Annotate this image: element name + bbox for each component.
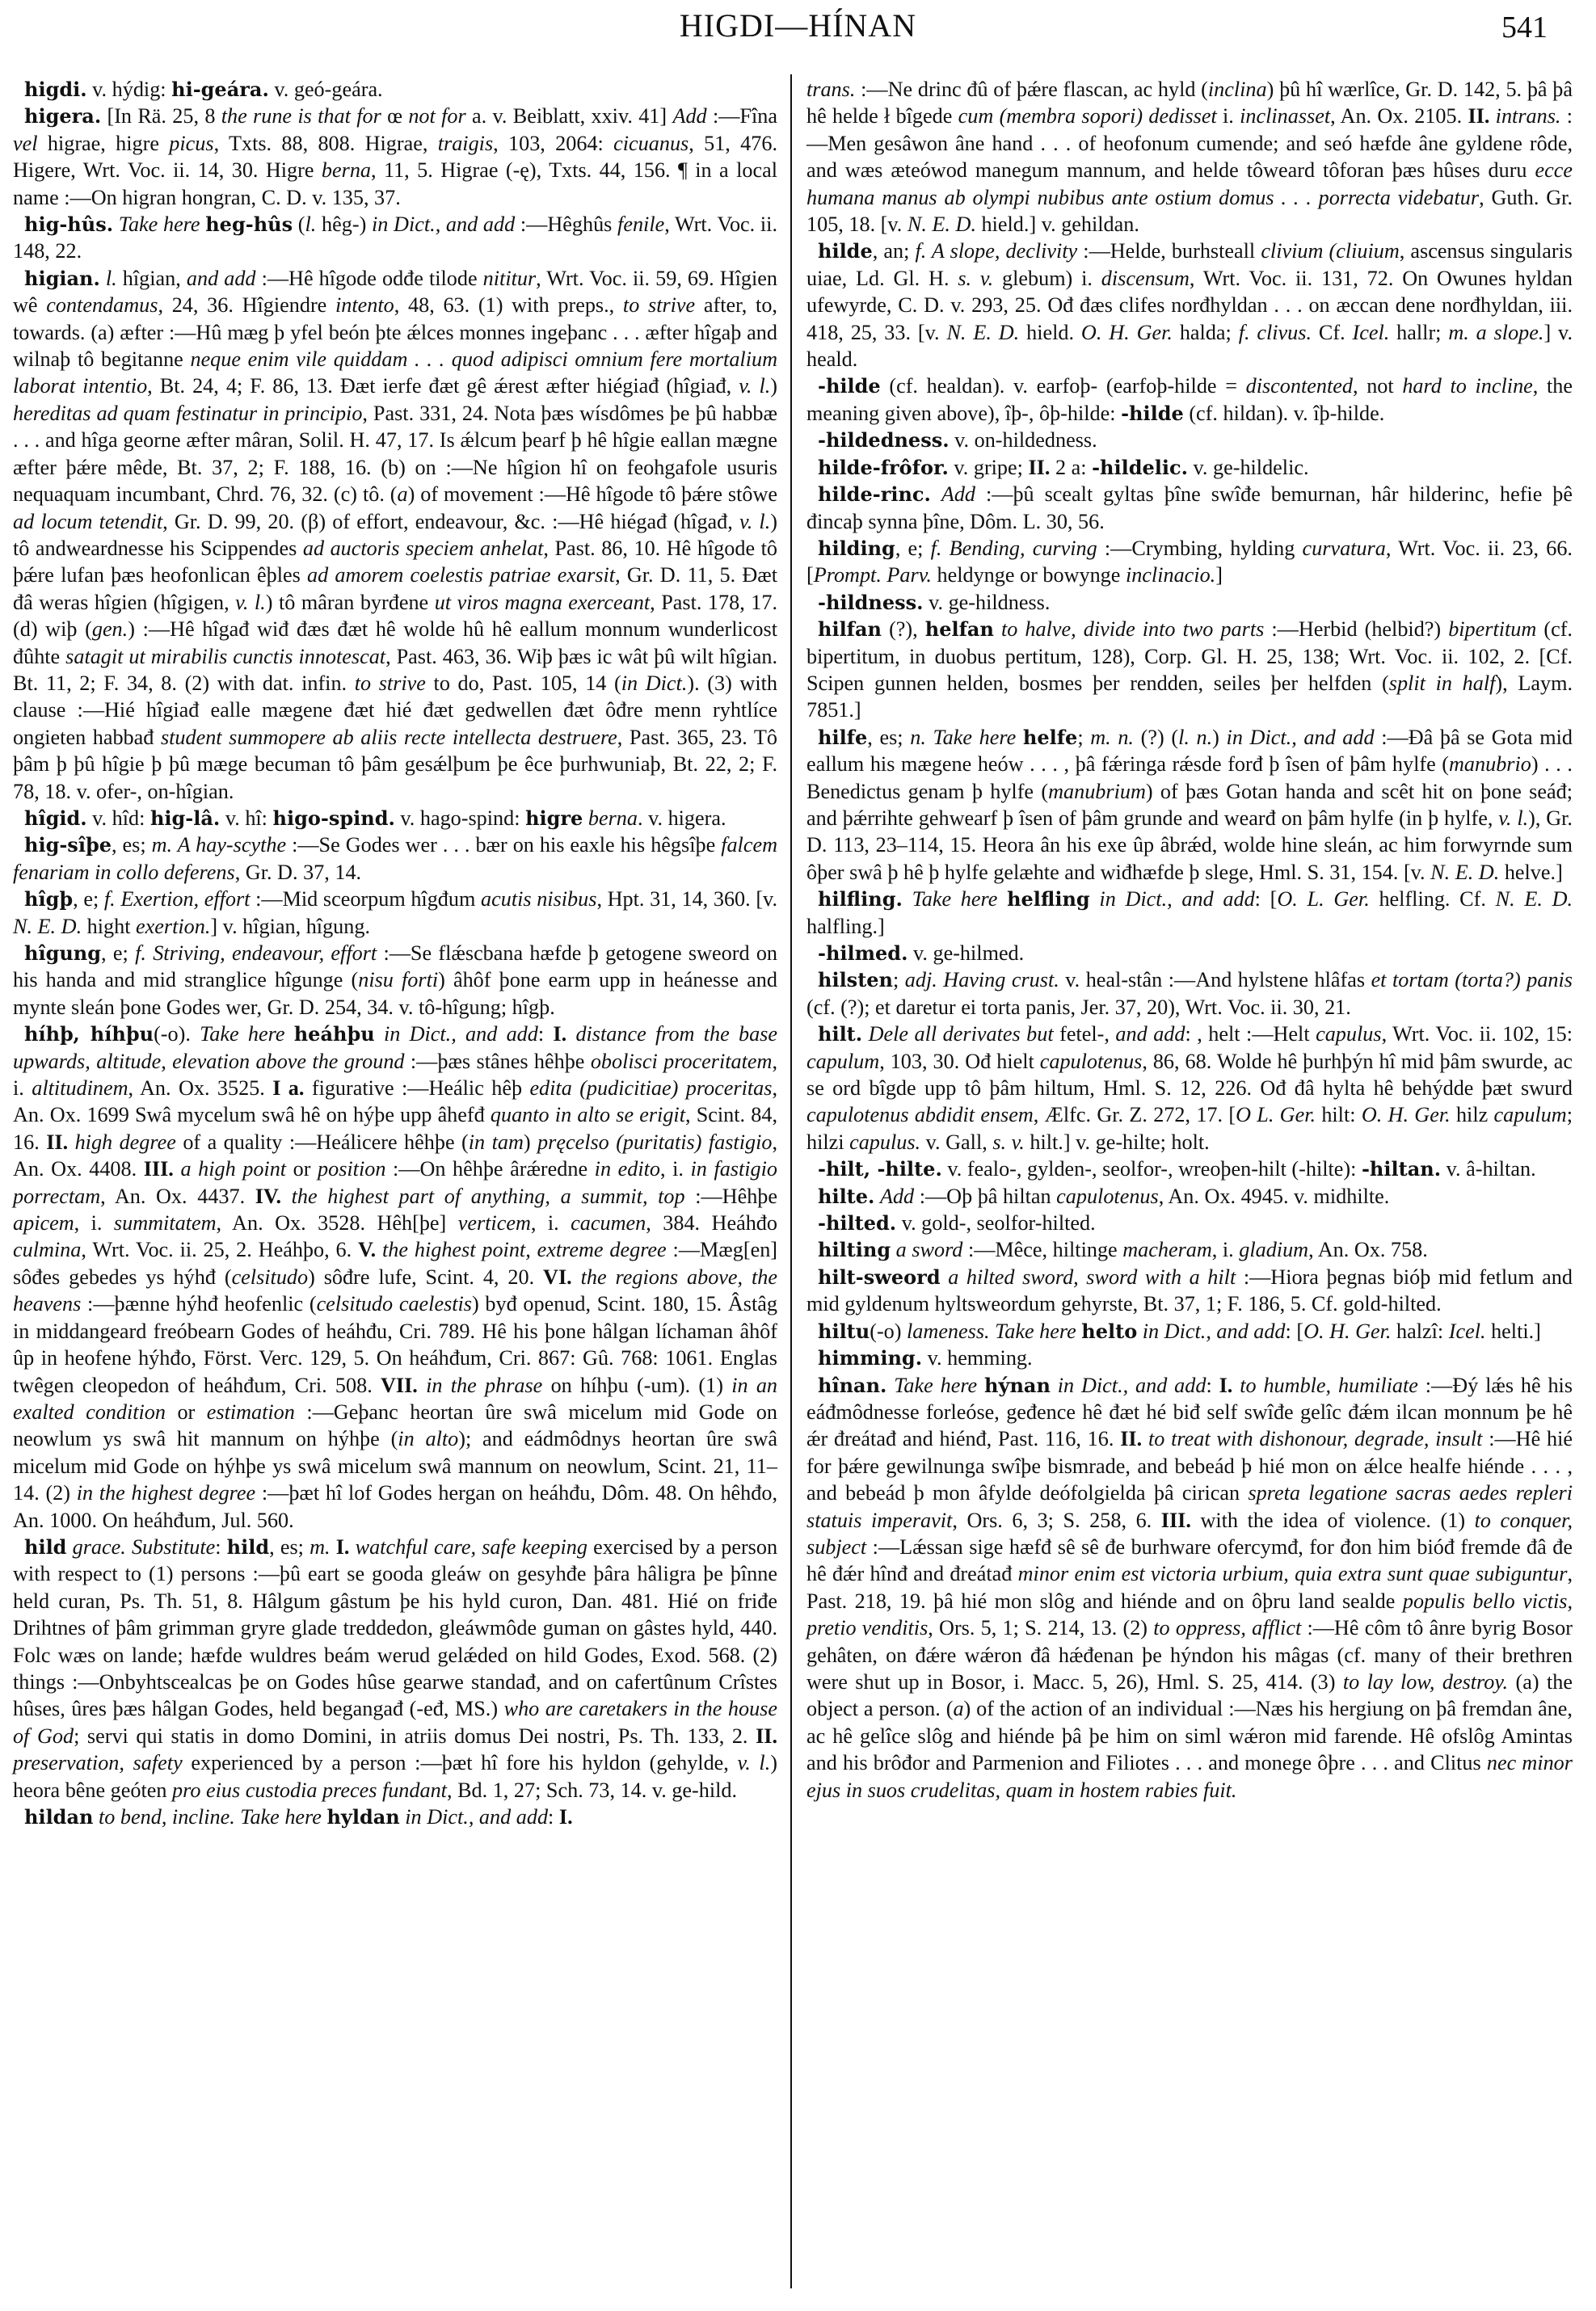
entry-text: (?) ( <box>1134 726 1178 749</box>
dictionary-entry: hilte. Add :—Oþ þâ hiltan capulotenus, A… <box>806 1183 1573 1210</box>
italic-text: in Dict., and add <box>1058 1374 1206 1397</box>
headword: hig-hûs. <box>24 213 113 236</box>
italic-text: adj. Having crust. <box>905 968 1059 991</box>
dictionary-entry: hîgid. v. hîd: hig-lâ. v. hî: higo-spind… <box>13 805 777 831</box>
entry-text: v. hîd: <box>87 806 150 830</box>
entry-text: :—Mêce, hiltinge <box>962 1238 1122 1261</box>
italic-text: in the phrase <box>426 1374 542 1397</box>
headword: -hilted. <box>818 1211 896 1235</box>
entry-text: , i. <box>531 1211 571 1235</box>
entry-text: , An. Ox. 3528. Hêh[þe] <box>217 1211 458 1235</box>
italic-text: in alto <box>398 1427 458 1450</box>
entry-text: i. <box>1217 104 1240 128</box>
headword: -hilde <box>1121 402 1184 425</box>
sense-numeral: V. <box>358 1238 376 1261</box>
italic-text: vel <box>13 132 38 155</box>
headword: -hiltan. <box>1362 1157 1441 1181</box>
italic-text: O L. Ger. <box>1236 1103 1316 1126</box>
entry-text <box>931 482 941 506</box>
entry-text: :—On hêhþe ârǽredne <box>385 1157 594 1181</box>
dictionary-entry: hild grace. Substitute: hild, es; m. I. … <box>13 1534 777 1804</box>
entry-text: v. hemming. <box>922 1346 1033 1370</box>
italic-text: Add <box>672 104 706 128</box>
entry-text <box>1489 104 1495 128</box>
italic-text: et tortam (torta?) panis <box>1371 968 1573 991</box>
entry-text: exercised by a person with respect to (1… <box>13 1535 777 1720</box>
italic-text: v. l. <box>739 510 770 533</box>
column-divider <box>790 74 792 2288</box>
headword: hild <box>24 1535 66 1559</box>
italic-text: the highest point, extreme degree <box>382 1238 667 1261</box>
dictionary-entry: -hildedness. v. on-hildedness. <box>806 427 1573 453</box>
headword: hilte. <box>818 1185 874 1208</box>
italic-text: to treat with dishonour, degrade, insult <box>1148 1427 1482 1450</box>
headword: helfan <box>925 617 994 641</box>
headword: -hildelic. <box>1092 456 1188 479</box>
dictionary-entry: hilfling. Take here helfling in Dict., a… <box>806 886 1573 940</box>
entry-text: v. geó-geára. <box>269 78 383 101</box>
entry-text: ) <box>1212 726 1226 749</box>
italic-text: discensum <box>1101 267 1190 290</box>
italic-text: Take here <box>200 1022 284 1046</box>
italic-text: in the highest degree <box>77 1481 255 1505</box>
headword: hilt-sweord <box>818 1265 941 1289</box>
italic-text: N. E. D. <box>946 321 1019 344</box>
headword: -hildedness. <box>818 428 950 452</box>
italic-text: to bend, incline. Take here <box>99 1805 322 1829</box>
entry-text: :—Herbid (helbid?) <box>1264 617 1448 641</box>
italic-text: edita (pudicitiae) proceritas <box>529 1076 772 1100</box>
sense-numeral: I. <box>1219 1374 1233 1397</box>
entry-text: : [ <box>1255 887 1278 911</box>
entry-text: ] v. hîgian, hîgung. <box>210 915 370 938</box>
dictionary-entry: hilde-frôfor. v. gripe; II. 2 a: -hildel… <box>806 454 1573 481</box>
entry-text <box>566 1022 575 1046</box>
entry-text: :—Crymbing, hylding <box>1097 537 1303 560</box>
italic-text: in Dict. <box>621 671 688 695</box>
italic-text: traigis <box>438 132 493 155</box>
entry-text: hilt.] v. ge-hilte; holt. <box>1025 1130 1210 1154</box>
entry-text: :—þæs stânes hêhþe <box>405 1050 591 1073</box>
italic-text: O. H. Ger. <box>1303 1320 1391 1343</box>
entry-text: : <box>1206 1374 1219 1397</box>
entry-text <box>1142 1427 1148 1450</box>
dictionary-entry: himming. v. hemming. <box>806 1345 1573 1371</box>
sense-numeral: II. <box>1028 456 1050 479</box>
entry-text: :—Hê hîgode odđe tilode <box>256 267 483 290</box>
dictionary-entry: -hilt, -hilte. v. fealo-, gylden-, seolf… <box>806 1155 1573 1182</box>
headword: hilt. <box>818 1022 862 1046</box>
dictionary-entry: hilt-sweord a hilted sword, sword with a… <box>806 1264 1573 1318</box>
italic-text: v. l. <box>739 374 770 398</box>
dictionary-entry: hilting a sword :—Mêce, hiltinge machera… <box>806 1236 1573 1263</box>
headword: híhþ, híhþu <box>24 1022 154 1046</box>
entry-text <box>1232 1374 1240 1397</box>
headword: -hildness. <box>818 591 924 614</box>
italic-text: v. l. <box>235 591 266 614</box>
italic-text: a <box>398 482 408 506</box>
entry-text: hîgian, <box>117 267 187 290</box>
entry-text: (cf. hildan). v. îþ-hilde. <box>1184 402 1384 425</box>
entry-text <box>994 617 1001 641</box>
entry-text: , i. <box>74 1211 114 1235</box>
entry-text: : <box>548 1805 559 1829</box>
entry-text: , 103, 30. Ođ hielt <box>879 1050 1040 1073</box>
italic-text: macheram <box>1122 1238 1212 1261</box>
dictionary-entry: híhþ, híhþu(-o). Take here heáhþu in Dic… <box>13 1021 777 1534</box>
headword: hilfling. <box>818 887 903 911</box>
italic-text: summitatem <box>114 1211 217 1235</box>
entry-text: hield.] v. gehildan. <box>976 213 1139 236</box>
headword: higera. <box>24 104 101 128</box>
entry-text: hêg-) <box>316 213 372 236</box>
italic-text: grace. Substitute <box>73 1535 216 1559</box>
entry-text: halfling.] <box>806 915 885 938</box>
running-title: HIGDI—HÍNAN <box>0 6 1596 44</box>
entry-text: , an; <box>873 239 916 263</box>
italic-text: gladium <box>1239 1238 1308 1261</box>
entry-text: hight <box>82 915 136 938</box>
italic-text: cacumen <box>571 1211 646 1235</box>
headword: heáhþu <box>294 1022 375 1046</box>
entry-text: halzî: <box>1391 1320 1448 1343</box>
italic-text: N. E. D. <box>907 213 976 236</box>
entry-text: v. â-hiltan. <box>1441 1157 1536 1181</box>
entry-text: v. ge-hilmed. <box>907 941 1024 965</box>
italic-text: capulus <box>1316 1022 1381 1046</box>
entry-text: v. on-hildedness. <box>950 428 1097 452</box>
italic-text: watchful care, safe keeping <box>356 1535 587 1559</box>
entry-text: , e; <box>895 537 931 560</box>
entry-text: v. hî: <box>220 806 272 830</box>
italic-text: capulotenus abdidit ensem <box>806 1103 1034 1126</box>
italic-text: l. n. <box>1178 726 1212 749</box>
headword: hiltu <box>818 1320 870 1343</box>
sense-numeral: II. <box>1468 104 1489 128</box>
italic-text: N. E. D. <box>1496 887 1573 911</box>
entry-text: ) tô mâran byrđene <box>266 591 435 614</box>
entry-text <box>418 1374 426 1397</box>
headword: hîgung <box>24 941 101 965</box>
entry-text <box>349 1535 355 1559</box>
italic-text: inclina <box>1208 78 1267 101</box>
entry-text: v. Gall, <box>920 1130 992 1154</box>
entry-text: hilz <box>1451 1103 1494 1126</box>
italic-text: in tam <box>469 1130 524 1154</box>
italic-text: the rune is that for <box>221 104 381 128</box>
italic-text: nititur <box>483 267 536 290</box>
entry-text <box>862 1022 869 1046</box>
italic-text: obolisci proceritatem <box>591 1050 773 1073</box>
entry-text: , Ors. 5, 1; S. 214, 13. (2) <box>928 1616 1153 1640</box>
entry-text <box>376 1238 382 1261</box>
italic-text: gen. <box>92 617 128 641</box>
italic-text: estimation <box>207 1400 295 1424</box>
entry-text <box>977 1374 984 1397</box>
entry-text: helfling. Cf. <box>1370 887 1496 911</box>
italic-text: f. Striving, endeavour, effort <box>135 941 377 965</box>
italic-text: O. H. Ger. <box>1081 321 1173 344</box>
dictionary-entry: hig-sîþe, es; m. A hay-scythe :—Se Godes… <box>13 831 777 886</box>
headword: -hilt, -hilte. <box>818 1157 942 1181</box>
italic-text: bipertitum <box>1448 617 1536 641</box>
italic-text: cicuanus <box>613 132 689 155</box>
headword: hildan <box>24 1805 93 1829</box>
dictionary-entry: -hilted. v. gold-, seolfor-hilted. <box>806 1210 1573 1236</box>
headword: helfling <box>1007 887 1090 911</box>
entry-text: : , helt :—Helt <box>1185 1022 1316 1046</box>
headword: hilde <box>818 239 873 263</box>
entry-text <box>903 887 912 911</box>
italic-text: in Dict., and add <box>405 1805 548 1829</box>
entry-text <box>66 1535 72 1559</box>
italic-text: satagit ut mirabilis cunctis innotescat <box>65 645 385 668</box>
entry-text: . v. higera. <box>638 806 726 830</box>
entry-text <box>1051 1374 1058 1397</box>
italic-text: high degree <box>75 1130 176 1154</box>
dictionary-entry: hilt. Dele all derivates but fetel-, and… <box>806 1021 1573 1155</box>
entry-text <box>1090 887 1100 911</box>
italic-text: f. A slope, declivity <box>915 239 1077 263</box>
sense-numeral: III. <box>144 1157 174 1181</box>
italic-text: s. v. <box>958 267 993 290</box>
italic-text: in Dict., and add <box>1099 887 1254 911</box>
dictionary-entry: higdi. v. hýdig: hi-geára. v. geó-geára. <box>13 76 777 103</box>
entry-text <box>997 887 1007 911</box>
dictionary-entry: trans. :—Ne drinc đû of þǽre flascan, ac… <box>806 76 1573 238</box>
entry-text: figurative :—Heálic hêþ <box>304 1076 529 1100</box>
dictionary-entry: hînan. Take here hýnan in Dict., and add… <box>806 1372 1573 1804</box>
entry-text: , An. Ox. 4945. v. midhilte. <box>1159 1185 1390 1208</box>
entry-text: , An. Ox. 4437. <box>100 1185 255 1208</box>
italic-text: in Dict., and add <box>372 213 515 236</box>
dictionary-entry: hilfe, es; n. Take here helfe; m. n. (?)… <box>806 724 1573 886</box>
italic-text: N. E. D. <box>13 915 82 938</box>
entry-text: (-o) <box>870 1320 907 1343</box>
sense-numeral: II. <box>1120 1427 1142 1450</box>
italic-text: m. a slope. <box>1448 321 1543 344</box>
entry-text <box>572 1265 581 1289</box>
italic-text: manubrio <box>1449 752 1531 776</box>
sense-numeral: VI. <box>543 1265 572 1289</box>
entry-text: v. heal-stân :—And hylstene hlâfas <box>1059 968 1371 991</box>
italic-text: and add <box>187 267 256 290</box>
dictionary-entry: -hildness. v. ge-hildness. <box>806 589 1573 616</box>
italic-text: Icel. <box>1353 321 1390 344</box>
dictionary-entry: hiltu(-o) lameness. Take here helto in D… <box>806 1318 1573 1345</box>
italic-text: Prompt. Parv. <box>814 563 932 587</box>
italic-text: Add <box>941 482 975 506</box>
italic-text: Take here <box>894 1374 977 1397</box>
sense-numeral: III. <box>1161 1509 1191 1532</box>
entry-text: hield. <box>1019 321 1081 344</box>
entry-text: :—Fîna <box>707 104 777 128</box>
headword: hîgþ <box>24 887 73 911</box>
italic-text: apicem <box>13 1211 74 1235</box>
italic-text: discontented <box>1246 374 1353 398</box>
entry-text: on híhþu (-um). (1) <box>542 1374 731 1397</box>
headword: heg-hûs <box>205 213 293 236</box>
dictionary-entry: hilde-rinc. Add :—þû scealt gyltas þîne … <box>806 481 1573 535</box>
headword: hi-geára. <box>171 78 269 101</box>
entry-text: ) sôđre lufe, Scint. 4, 20. <box>308 1265 543 1289</box>
sense-numeral: I. <box>336 1535 350 1559</box>
entry-text <box>941 1265 949 1289</box>
entry-text <box>100 267 106 290</box>
italic-text: pro eius custodia preces fundant <box>172 1779 447 1802</box>
entry-text: , i. <box>660 1157 691 1181</box>
dictionary-entry: hilding, e; f. Bending, curving :—Crymbi… <box>806 535 1573 589</box>
headword: hilting <box>818 1238 891 1261</box>
page-number: 541 <box>1501 10 1548 45</box>
entry-text: v. gold-, seolfor-hilted. <box>896 1211 1096 1235</box>
italic-text: m. n. <box>1090 726 1134 749</box>
page-header: HIGDI—HÍNAN 541 <box>0 0 1596 73</box>
entry-text: , e; <box>73 887 104 911</box>
dictionary-entry: hilsten; adj. Having crust. v. heal-stân… <box>806 966 1573 1021</box>
entry-text: of a quality :—Heálicere hêhþe ( <box>176 1130 469 1154</box>
entry-text: , 103, 2064: <box>493 132 613 155</box>
headword: hyldan <box>326 1805 399 1829</box>
entry-text: , Ælfc. Gr. Z. 272, 17. [ <box>1034 1103 1236 1126</box>
italic-text: Take here <box>912 887 998 911</box>
entry-text: fetel-, <box>1054 1022 1116 1046</box>
sense-numeral: VII. <box>381 1374 418 1397</box>
entry-text: , not <box>1353 374 1402 398</box>
entry-text: :—Se Godes wer . . . bær on his eaxle hi… <box>286 833 721 857</box>
headword: higre <box>525 806 583 830</box>
italic-text: to oppress, afflict <box>1153 1616 1301 1640</box>
entry-text: , Gr. D. 99, 20. (β) of effort, endeavou… <box>162 510 739 533</box>
italic-text: a hilted sword, sword with a hilt <box>948 1265 1236 1289</box>
italic-text: the highest part of anything, a summit, … <box>292 1185 685 1208</box>
entry-text: glebum) i. <box>993 267 1101 290</box>
italic-text: to lay low, destroy. <box>1343 1670 1508 1694</box>
entry-text <box>1016 726 1023 749</box>
entry-text: :—Hêghûs <box>515 213 617 236</box>
entry-text: [In Rä. 25, 8 <box>101 104 221 128</box>
entry-text: ) <box>524 1130 537 1154</box>
italic-text: trans. <box>806 78 855 101</box>
headword: hig-sîþe <box>24 833 112 857</box>
sense-numeral: IV. <box>255 1185 281 1208</box>
headword: hîgid. <box>24 806 87 830</box>
entry-text: :—Helde, burhsteall <box>1077 239 1261 263</box>
entry-text: v. fealo-, gylden-, seolfor-, wreoþen-hi… <box>942 1157 1362 1181</box>
italic-text: ad locum tetendit <box>13 510 162 533</box>
italic-text: m. A hay-scythe <box>152 833 286 857</box>
entry-text: :—þænne hýhđ heofenlic ( <box>81 1292 316 1315</box>
headword: himming. <box>818 1346 922 1370</box>
italic-text: capulus. <box>849 1130 920 1154</box>
entry-text: (?), <box>882 617 925 641</box>
right-column: trans. :—Ne drinc đû of þǽre flascan, ac… <box>806 76 1573 1804</box>
italic-text: verticem <box>458 1211 531 1235</box>
italic-text: picus <box>169 132 213 155</box>
entry-text <box>113 213 119 236</box>
italic-text: not for <box>408 104 465 128</box>
dictionary-entry: hilde, an; f. A slope, declivity :—Helde… <box>806 238 1573 373</box>
italic-text: O. H. Ger. <box>1362 1103 1451 1126</box>
italic-text: minor enim est victoria urbium, quia ext… <box>1018 1562 1568 1585</box>
entry-text: ] <box>1215 563 1223 587</box>
dictionary-entry: higian. l. hîgian, and add :—Hê hîgode o… <box>13 265 777 805</box>
italic-text: f. Exertion, effort <box>104 887 251 911</box>
entry-text: , 384. Heáhđo <box>646 1211 777 1235</box>
italic-text: clivium (cliuium <box>1261 239 1399 263</box>
entry-text: v. hýdig: <box>87 78 172 101</box>
entry-text: helti.] <box>1486 1320 1541 1343</box>
entry-text: , Bd. 1, 27; Sch. 73, 14. v. ge-hild. <box>447 1779 737 1802</box>
italic-text: capulum <box>1494 1103 1567 1126</box>
italic-text: hereditas ad quam festinatur in principi… <box>13 402 362 425</box>
entry-text: , An. Ox. 2105. <box>1330 104 1468 128</box>
italic-text: acutis nisibus <box>481 887 596 911</box>
headword: higo-spind. <box>273 806 395 830</box>
entry-text: : [ <box>1286 1320 1304 1343</box>
dictionary-entry: hîgþ, e; f. Exertion, effort :—Mid sceor… <box>13 886 777 940</box>
entry-text: , es; <box>867 726 910 749</box>
italic-text: intento <box>335 293 394 317</box>
entry-text: :—Mid sceorpum hîgđum <box>250 887 481 911</box>
italic-text: position <box>318 1157 385 1181</box>
italic-text: ad auctoris speciem anhelat <box>303 537 544 560</box>
italic-text: to humble, humiliate <box>1240 1374 1418 1397</box>
headword: -hilde <box>818 374 881 398</box>
entry-text: heldynge or bowynge <box>932 563 1126 587</box>
italic-text: ad amorem coelestis patriae exarsit <box>307 563 615 587</box>
italic-text: v. l. <box>738 1751 771 1774</box>
entry-text: (cf. (?); et daretur ei torta panis, Jer… <box>806 996 1351 1019</box>
italic-text: capulotenus <box>1040 1050 1143 1073</box>
sense-numeral: II. <box>46 1130 68 1154</box>
italic-text: culmina <box>13 1238 81 1261</box>
dictionary-entry: -hilde (cf. healdan). v. earfoþ- (earfoþ… <box>806 373 1573 427</box>
headword: hînan. <box>818 1374 886 1397</box>
entry-text: v. ge-hildelic. <box>1188 456 1309 479</box>
dictionary-entry: hig-hûs. Take here heg-hûs (l. hêg-) in … <box>13 211 777 265</box>
entry-text <box>281 1185 292 1208</box>
entry-text: , 24, 36. Hîgiendre <box>158 293 335 317</box>
entry-text: 2 a: <box>1050 456 1092 479</box>
italic-text: a <box>953 1697 963 1720</box>
entry-text <box>68 1130 74 1154</box>
headword: hilfe <box>818 726 867 749</box>
italic-text: s. v. <box>992 1130 1025 1154</box>
italic-text: lameness. Take here <box>907 1320 1076 1343</box>
entry-text: v. hago-spind: <box>395 806 525 830</box>
italic-text: l. <box>305 213 317 236</box>
entry-text: :—Hêhþe <box>685 1185 777 1208</box>
headword: hilding <box>818 537 895 560</box>
sense-numeral: I a. <box>272 1076 304 1100</box>
italic-text: preservation, safety <box>13 1751 183 1774</box>
entry-text: (cf. healdan). v. earfoþ- (earfoþ-hilde … <box>881 374 1246 398</box>
italic-text: O. L. Ger. <box>1277 887 1369 911</box>
dictionary-entry: -hilmed. v. ge-hilmed. <box>806 940 1573 966</box>
italic-text: m. <box>310 1535 330 1559</box>
entry-text: with the idea of violence. (1) <box>1191 1509 1475 1532</box>
entry-text: hilt: <box>1316 1103 1362 1126</box>
entry-text: ; servi qui statis in domo Domini, in at… <box>74 1724 756 1748</box>
italic-text: split in half <box>1389 671 1496 695</box>
entry-text: ( <box>293 213 305 236</box>
italic-text: n. Take here <box>910 726 1016 749</box>
entry-text: Cf. <box>1312 321 1352 344</box>
italic-text: celsitudo caelestis <box>317 1292 472 1315</box>
italic-text: capulotenus <box>1056 1185 1159 1208</box>
headword: hild <box>227 1535 269 1559</box>
